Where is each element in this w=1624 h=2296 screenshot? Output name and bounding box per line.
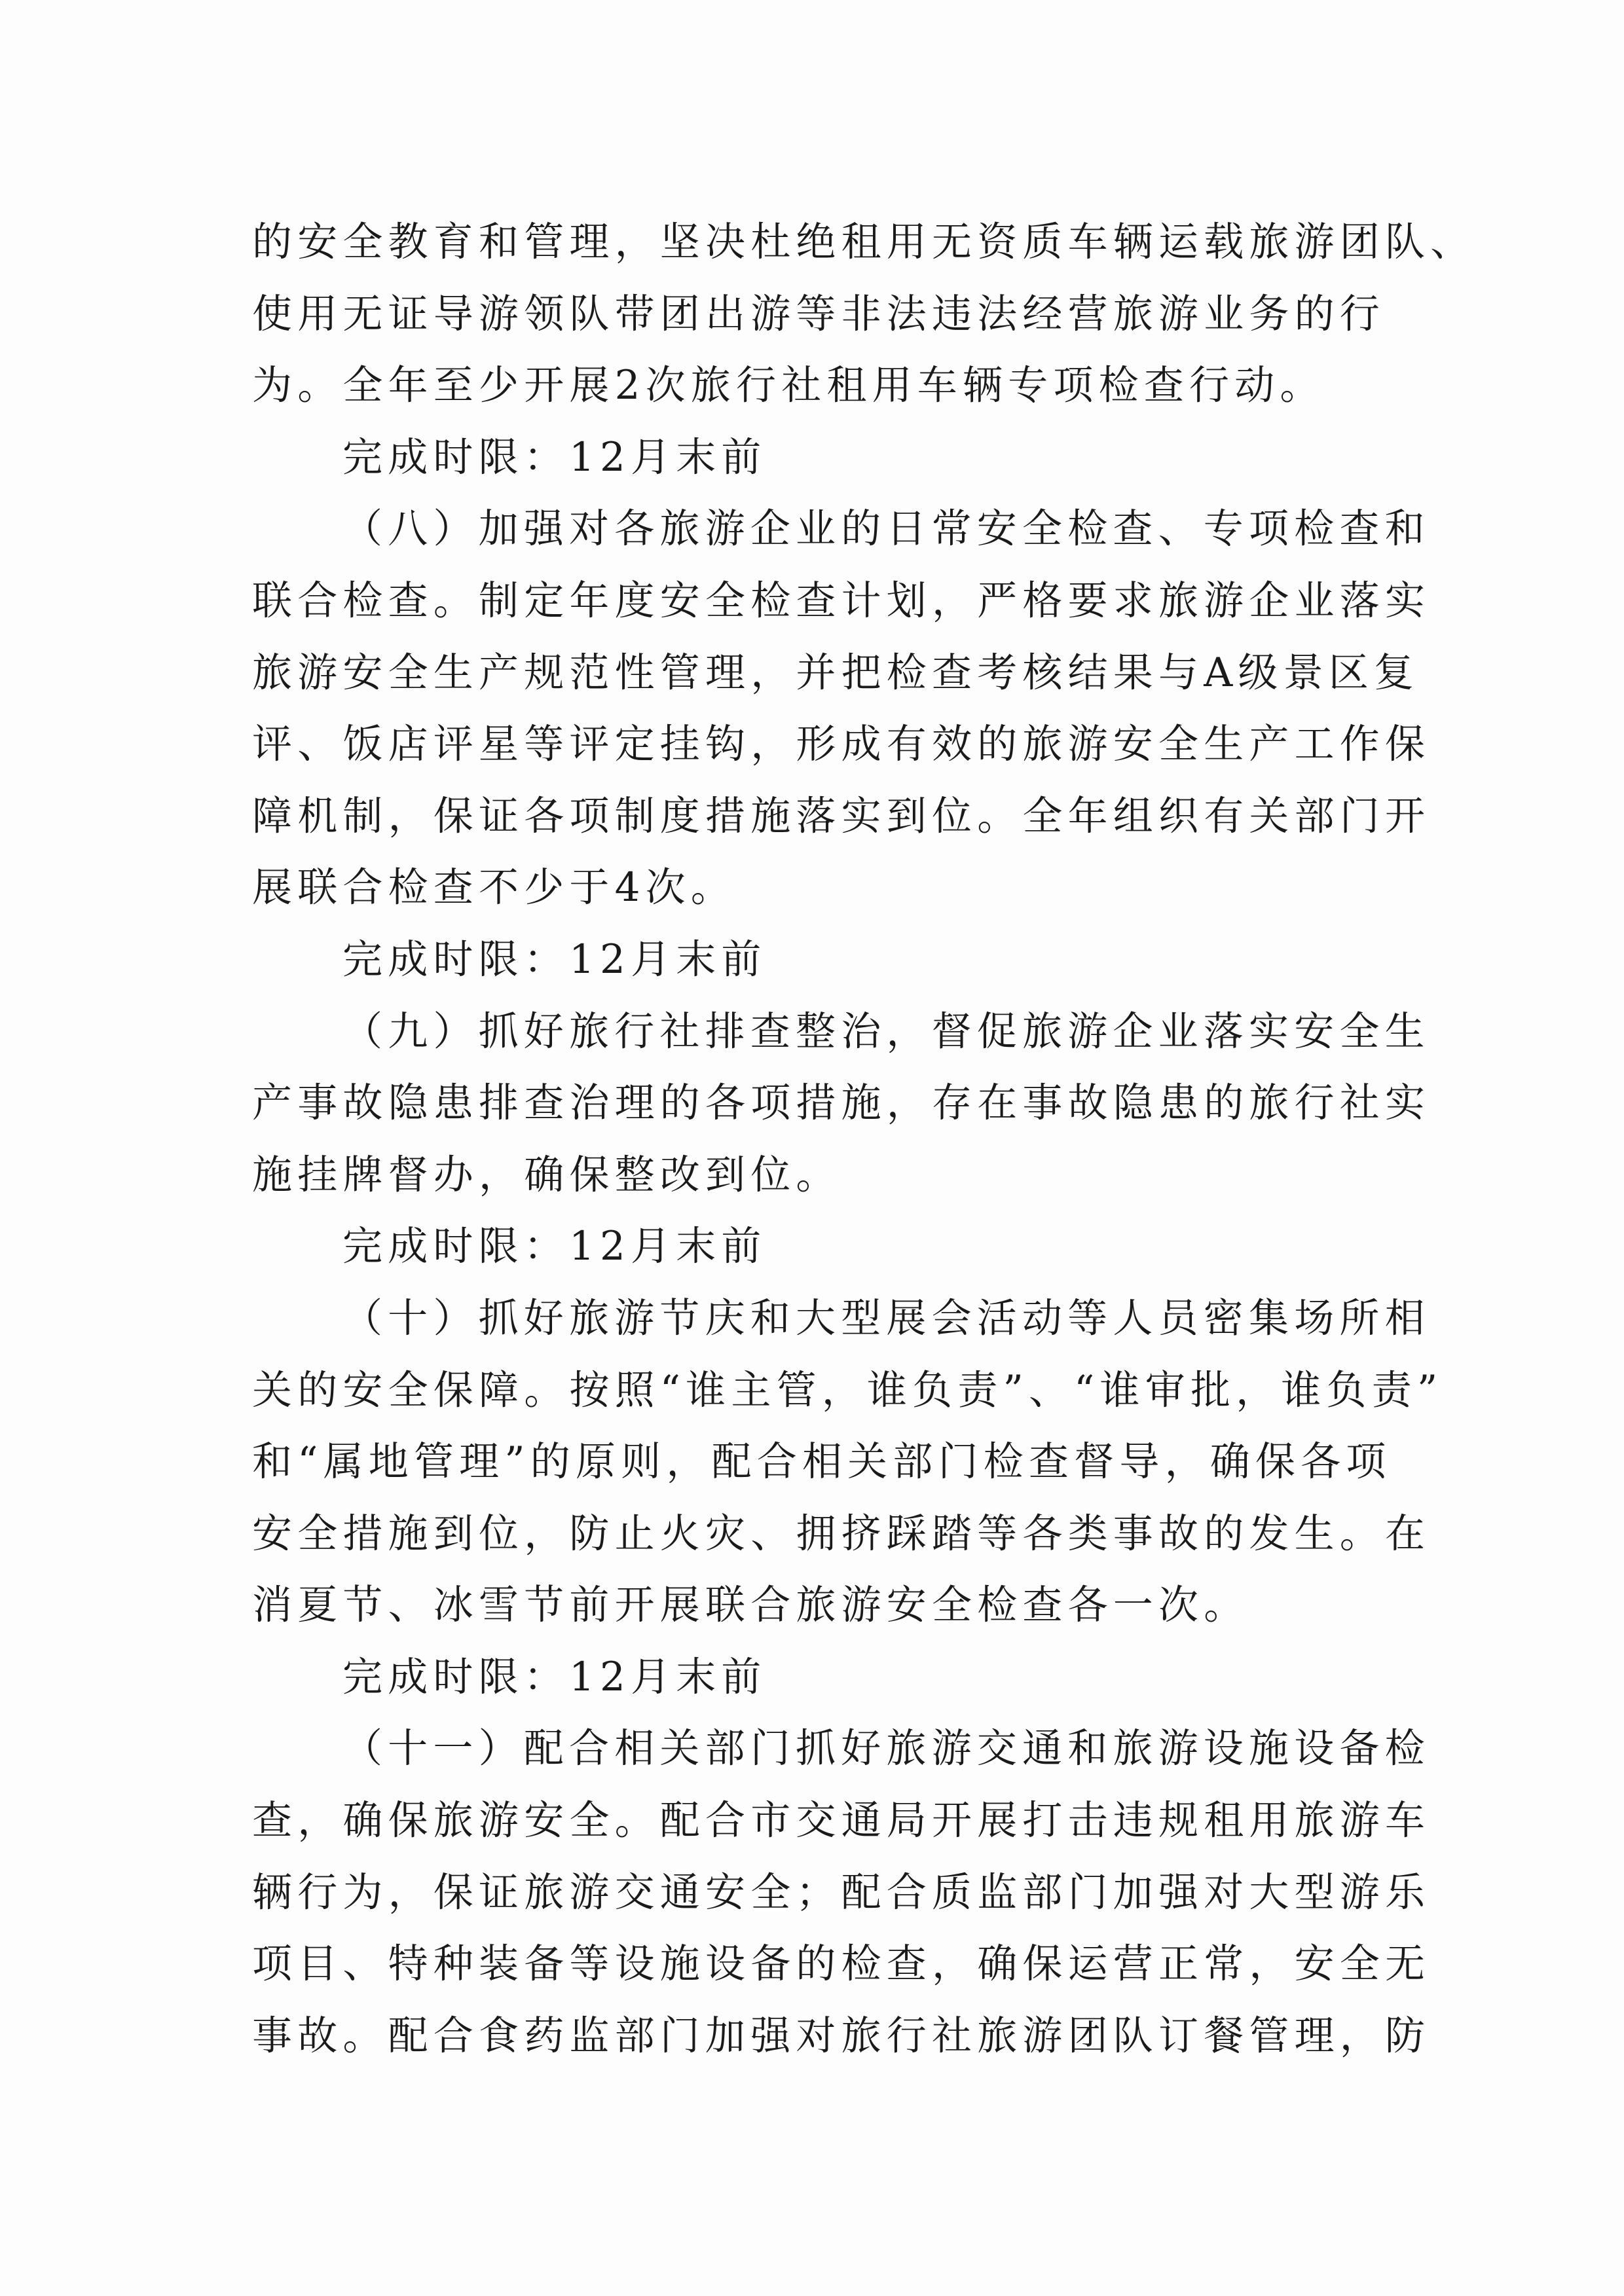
body-text-line: 为。全年至少开展2次旅行社租用车辆专项检查行动。 — [252, 350, 1378, 422]
body-text-line: 事故。配合食药监部门加强对旅行社旅游团队订餐管理，防 — [252, 2000, 1378, 2072]
body-text-line: （十）抓好旅游节庆和大型展会活动等人员密集场所相 — [252, 1283, 1378, 1355]
body-text-line: （十一）配合相关部门抓好旅游交通和旅游设施设备检 — [252, 1713, 1378, 1785]
body-text-line: 项目、特种装备等设施设备的检查，确保运营正常，安全无 — [252, 1928, 1378, 2000]
body-text-line: 关的安全保障。按照“谁主管，谁负责”、“谁审批，谁负责” — [252, 1355, 1378, 1427]
document-page: 的安全教育和管理，坚决杜绝租用无资质车辆运载旅游团队、使用无证导游领队带团出游等… — [252, 206, 1378, 2071]
body-text-line: 障机制，保证各项制度措施落实到位。全年组织有关部门开 — [252, 780, 1378, 852]
body-text-line: （九）抓好旅行社排查整治，督促旅游企业落实安全生 — [252, 996, 1378, 1068]
body-text-line: 产事故隐患排查治理的各项措施，存在事故隐患的旅行社实 — [252, 1067, 1378, 1139]
body-text-line: （八）加强对各旅游企业的日常安全检查、专项检查和 — [252, 493, 1378, 565]
body-text-line: 展联合检查不少于4次。 — [252, 852, 1378, 924]
body-text-line: 旅游安全生产规范性管理，并把检查考核结果与A级景区复 — [252, 637, 1378, 709]
body-text-line: 施挂牌督办，确保整改到位。 — [252, 1139, 1378, 1211]
body-text-line: 消夏节、冰雪节前开展联合旅游安全检查各一次。 — [252, 1569, 1378, 1641]
body-text-line: 安全措施到位，防止火灾、拥挤踩踏等各类事故的发生。在 — [252, 1498, 1378, 1570]
body-text-line: 联合检查。制定年度安全检查计划，严格要求旅游企业落实 — [252, 565, 1378, 637]
body-text-line: 查，确保旅游安全。配合市交通局开展打击违规租用旅游车 — [252, 1785, 1378, 1857]
body-text-line: 使用无证导游领队带团出游等非法违法经营旅游业务的行 — [252, 278, 1378, 350]
deadline-line: 完成时限：12月末前 — [252, 1211, 1378, 1283]
body-text-line: 辆行为，保证旅游交通安全；配合质监部门加强对大型游乐 — [252, 1857, 1378, 1929]
body-text-line: 和“属地管理”的原则，配合相关部门检查督导，确保各项 — [252, 1426, 1378, 1498]
body-text-line: 的安全教育和管理，坚决杜绝租用无资质车辆运载旅游团队、 — [252, 206, 1378, 278]
deadline-line: 完成时限：12月末前 — [252, 924, 1378, 996]
deadline-line: 完成时限：12月末前 — [252, 1641, 1378, 1713]
deadline-line: 完成时限：12月末前 — [252, 422, 1378, 494]
body-text-line: 评、饭店评星等评定挂钩，形成有效的旅游安全生产工作保 — [252, 708, 1378, 780]
